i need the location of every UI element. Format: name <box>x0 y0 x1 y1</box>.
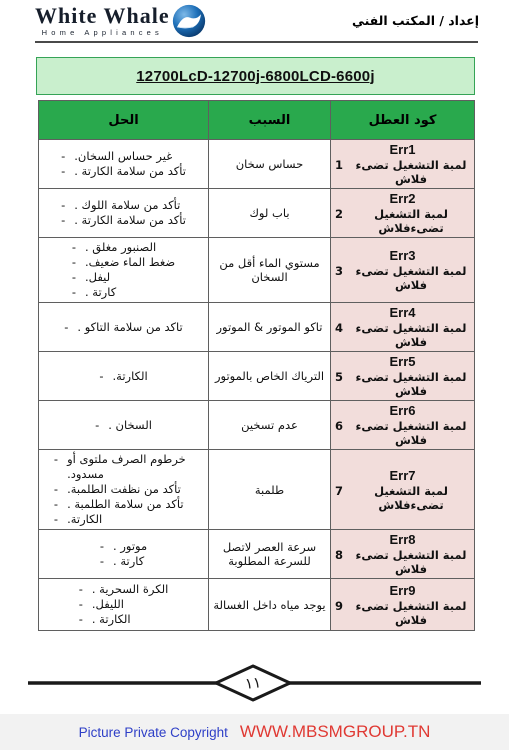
cause-cell: الترياك الخاص بالموتور <box>209 352 331 401</box>
cause-cell: تاكو الموتور & الموتور <box>209 303 331 352</box>
error-lamp-text: لمبة التشغيل تضىء فلاش <box>352 370 470 398</box>
error-lamp-text: لمبة التشغيل تضىء فلاش <box>352 158 470 186</box>
solution-cell: -الصنبور مغلق . -ضغط الماء ضعيف. -ليفل. … <box>39 238 209 303</box>
table-row: Err6 6 لمبة التشغيل تضىء فلاش عدم تسخين … <box>39 401 475 450</box>
solution-item: -الكرة السحرية . <box>79 582 169 597</box>
dash-bullet: - <box>79 612 83 627</box>
error-code-cell: Err7 7 لمبة التشغيل تضىءفلاش <box>331 450 475 530</box>
error-code: Err9 <box>335 583 470 598</box>
error-code: Err3 <box>335 248 470 263</box>
table-row: Err1 1 لمبة التشغيل تضىء فلاش حساس سخان … <box>39 140 475 189</box>
error-code-cell: Err3 3 لمبة التشغيل تضىء فلاش <box>331 238 475 303</box>
dash-bullet: - <box>100 554 104 569</box>
solution-text: السخان . <box>108 418 152 433</box>
error-code: Err1 <box>335 142 470 157</box>
cause-cell: مستوي الماء أقل من السخان <box>209 238 331 303</box>
error-code-cell: Err2 2 لمبة التشغيل تضىءفلاش <box>331 189 475 238</box>
solution-text: الصنبور مغلق . <box>85 240 156 255</box>
error-code-cell: Err9 9 لمبة التشغيل تضىء فلاش <box>331 579 475 631</box>
header-right-text: إعداد / المكتب الفني <box>352 13 479 28</box>
solution-cell: -الكارتة. <box>39 352 209 401</box>
error-code: Err6 <box>335 403 470 418</box>
error-lamp-line: 5 لمبة التشغيل تضىء فلاش <box>335 370 470 398</box>
error-lamp-line: 6 لمبة التشغيل تضىء فلاش <box>335 419 470 447</box>
table-row: Err3 3 لمبة التشغيل تضىء فلاش مستوي الما… <box>39 238 475 303</box>
solution-text: تأكد من سلامة الكارتة . <box>74 164 186 179</box>
white-whale-logo: White Whale Home Appliances <box>35 4 206 38</box>
solution-cell: -موتور . -كارتة . <box>39 530 209 579</box>
error-lamp-line: 8 لمبة التشغيل تضىء فلاش <box>335 548 470 576</box>
header-cause: السبب <box>209 101 331 140</box>
solution-item: -كارتة . <box>100 554 147 569</box>
footer-copyright-text: Picture Private Copyright <box>79 725 228 740</box>
error-number: 8 <box>335 548 343 562</box>
dash-bullet: - <box>95 418 99 433</box>
solution-text: تأكد من سلامة الكارتة . <box>74 213 186 228</box>
solution-text: تأكد من سلامة اللوك . <box>74 198 180 213</box>
solution-text: موتور . <box>113 539 147 554</box>
page-number-divider: ١١ <box>0 664 509 704</box>
table-row: Err2 2 لمبة التشغيل تضىءفلاش باب لوك -تأ… <box>39 189 475 238</box>
cause-cell: يوجد مياه داخل الغسالة <box>209 579 331 631</box>
model-title-box: 12700LcD-12700j-6800LCD-6600j <box>36 57 475 95</box>
error-code: Err2 <box>335 191 470 206</box>
solution-item: -الكارتة. <box>99 369 147 384</box>
table-row: Err7 7 لمبة التشغيل تضىءفلاش طلمبة -خرطو… <box>39 450 475 530</box>
solution-cell: -الكرة السحرية . -الليفل. -الكارتة . <box>39 579 209 631</box>
solution-item: -تأكد من سلامة اللوك . <box>61 198 186 213</box>
solution-cell: -تأكد من سلامة اللوك . -تأكد من سلامة ال… <box>39 189 209 238</box>
solution-text: تاكد من سلامة التاكو . <box>77 320 182 335</box>
table-row: Err4 4 لمبة التشغيل تضىء فلاش تاكو الموت… <box>39 303 475 352</box>
solution-item: -خرطوم الصرف ملتوى أو مسدود. <box>54 452 193 482</box>
error-number: 6 <box>335 419 343 433</box>
dash-bullet: - <box>54 512 58 527</box>
solution-item: -الكارتة. <box>54 512 193 527</box>
error-code: Err4 <box>335 305 470 320</box>
table-row: Err8 8 لمبة التشغيل تضىء فلاش سرعة العصر… <box>39 530 475 579</box>
solution-item: -ضغط الماء ضعيف. <box>72 255 175 270</box>
solution-list: -غير حساس السخان. -تأكد من سلامة الكارتة… <box>61 149 186 179</box>
footer-bar: Picture Private Copyright WWW.MBSMGROUP.… <box>0 714 509 750</box>
solution-cell: -تاكد من سلامة التاكو . <box>39 303 209 352</box>
cause-cell: سرعة العصر لاتصل للسرعة المطلوبة <box>209 530 331 579</box>
solution-cell: -غير حساس السخان. -تأكد من سلامة الكارتة… <box>39 140 209 189</box>
error-lamp-line: 4 لمبة التشغيل تضىء فلاش <box>335 321 470 349</box>
table-row: Err9 9 لمبة التشغيل تضىء فلاش يوجد مياه … <box>39 579 475 631</box>
error-lamp-line: 3 لمبة التشغيل تضىء فلاش <box>335 264 470 292</box>
dash-bullet: - <box>100 539 104 554</box>
footer-website-link[interactable]: WWW.MBSMGROUP.TN <box>240 722 430 742</box>
error-lamp-line: 9 لمبة التشغيل تضىء فلاش <box>335 599 470 627</box>
table-header-row: كود العطل السبب الحل <box>39 101 475 140</box>
error-code: Err8 <box>335 532 470 547</box>
error-code-table: كود العطل السبب الحل Err1 1 لمبة التشغيل… <box>38 100 475 631</box>
error-number: 1 <box>335 158 343 172</box>
solution-item: -السخان . <box>95 418 152 433</box>
solution-text: الكارتة. <box>67 512 102 527</box>
header-divider-line <box>35 41 478 43</box>
error-number: 9 <box>335 599 343 613</box>
error-lamp-text: لمبة التشغيل تضىء فلاش <box>352 599 470 627</box>
cause-cell: حساس سخان <box>209 140 331 189</box>
solution-item: -الصنبور مغلق . <box>72 240 175 255</box>
dash-bullet: - <box>61 164 65 179</box>
error-number: 3 <box>335 264 343 278</box>
solution-item: -تأكد من سلامة الكارتة . <box>61 164 186 179</box>
cause-cell: طلمبة <box>209 450 331 530</box>
solution-item: -تاكد من سلامة التاكو . <box>64 320 182 335</box>
solution-item: -تأكد من سلامة الطلمبة . <box>54 497 193 512</box>
solution-text: تأكد من سلامة الطلمبة . <box>67 497 183 512</box>
error-lamp-text: لمبة التشغيل تضىء فلاش <box>352 548 470 576</box>
solution-text: خرطوم الصرف ملتوى أو مسدود. <box>67 452 193 482</box>
error-number: 5 <box>335 370 343 384</box>
solution-cell: -السخان . <box>39 401 209 450</box>
cause-cell: عدم تسخين <box>209 401 331 450</box>
model-title: 12700LcD-12700j-6800LCD-6600j <box>136 68 374 85</box>
dash-bullet: - <box>54 452 58 467</box>
table-row: Err5 5 لمبة التشغيل تضىء فلاش الترياك ال… <box>39 352 475 401</box>
dash-bullet: - <box>79 582 83 597</box>
error-lamp-text: لمبة التشغيل تضىءفلاش <box>352 207 470 235</box>
error-code-cell: Err4 4 لمبة التشغيل تضىء فلاش <box>331 303 475 352</box>
solution-item: -ليفل. <box>72 270 175 285</box>
error-number: 2 <box>335 207 343 221</box>
solution-item: -كارتة . <box>72 285 175 300</box>
error-lamp-line: 7 لمبة التشغيل تضىءفلاش <box>335 484 470 512</box>
solution-text: الكارتة . <box>92 612 131 627</box>
solution-text: كارتة . <box>113 554 144 569</box>
dash-bullet: - <box>99 369 103 384</box>
solution-text: ليفل. <box>85 270 110 285</box>
error-lamp-text: لمبة التشغيل تضىءفلاش <box>352 484 470 512</box>
dash-bullet: - <box>61 149 65 164</box>
solution-text: كارتة . <box>85 285 116 300</box>
error-number: 7 <box>335 484 343 498</box>
error-code-cell: Err5 5 لمبة التشغيل تضىء فلاش <box>331 352 475 401</box>
error-code-cell: Err6 6 لمبة التشغيل تضىء فلاش <box>331 401 475 450</box>
page-number: ١١ <box>244 673 262 693</box>
globe-whale-icon <box>172 4 206 38</box>
solution-item: -تأكد من سلامة الكارتة . <box>61 213 186 228</box>
error-code-cell: Err1 1 لمبة التشغيل تضىء فلاش <box>331 140 475 189</box>
solution-item: -موتور . <box>100 539 147 554</box>
header-solution: الحل <box>39 101 209 140</box>
cause-cell: باب لوك <box>209 189 331 238</box>
solution-text: ضغط الماء ضعيف. <box>85 255 175 270</box>
error-code: Err5 <box>335 354 470 369</box>
error-lamp-line: 1 لمبة التشغيل تضىء فلاش <box>335 158 470 186</box>
page-header: White Whale Home Appliances إعداد / المك… <box>0 0 509 42</box>
solution-item: -تأكد من نظفت الطلمبة. <box>54 482 193 497</box>
dash-bullet: - <box>54 497 58 512</box>
logo-text: White Whale Home Appliances <box>35 5 170 37</box>
error-lamp-text: لمبة التشغيل تضىء فلاش <box>352 419 470 447</box>
dash-bullet: - <box>72 255 76 270</box>
dash-bullet: - <box>79 597 83 612</box>
solution-text: تأكد من نظفت الطلمبة. <box>67 482 181 497</box>
error-lamp-text: لمبة التشغيل تضىء فلاش <box>352 264 470 292</box>
dash-bullet: - <box>61 198 65 213</box>
solution-text: غير حساس السخان. <box>74 149 172 164</box>
error-code: Err7 <box>335 468 470 483</box>
solution-item: -غير حساس السخان. <box>61 149 186 164</box>
error-number: 4 <box>335 321 343 335</box>
logo-tagline: Home Appliances <box>42 28 163 37</box>
solution-text: الكارتة. <box>113 369 148 384</box>
dash-bullet: - <box>64 320 68 335</box>
dash-bullet: - <box>72 240 76 255</box>
dash-bullet: - <box>61 213 65 228</box>
header-error-code: كود العطل <box>331 101 475 140</box>
dash-bullet: - <box>72 270 76 285</box>
solution-cell: -خرطوم الصرف ملتوى أو مسدود. -تأكد من نظ… <box>39 450 209 530</box>
solution-item: -الكارتة . <box>79 612 169 627</box>
solution-text: الكرة السحرية . <box>92 582 168 597</box>
error-lamp-text: لمبة التشغيل تضىء فلاش <box>352 321 470 349</box>
solution-text: الليفل. <box>92 597 124 612</box>
dash-bullet: - <box>72 285 76 300</box>
error-lamp-line: 2 لمبة التشغيل تضىءفلاش <box>335 207 470 235</box>
logo-brand-name: White Whale <box>35 5 170 27</box>
dash-bullet: - <box>54 482 58 497</box>
error-code-cell: Err8 8 لمبة التشغيل تضىء فلاش <box>331 530 475 579</box>
solution-item: -الليفل. <box>79 597 169 612</box>
